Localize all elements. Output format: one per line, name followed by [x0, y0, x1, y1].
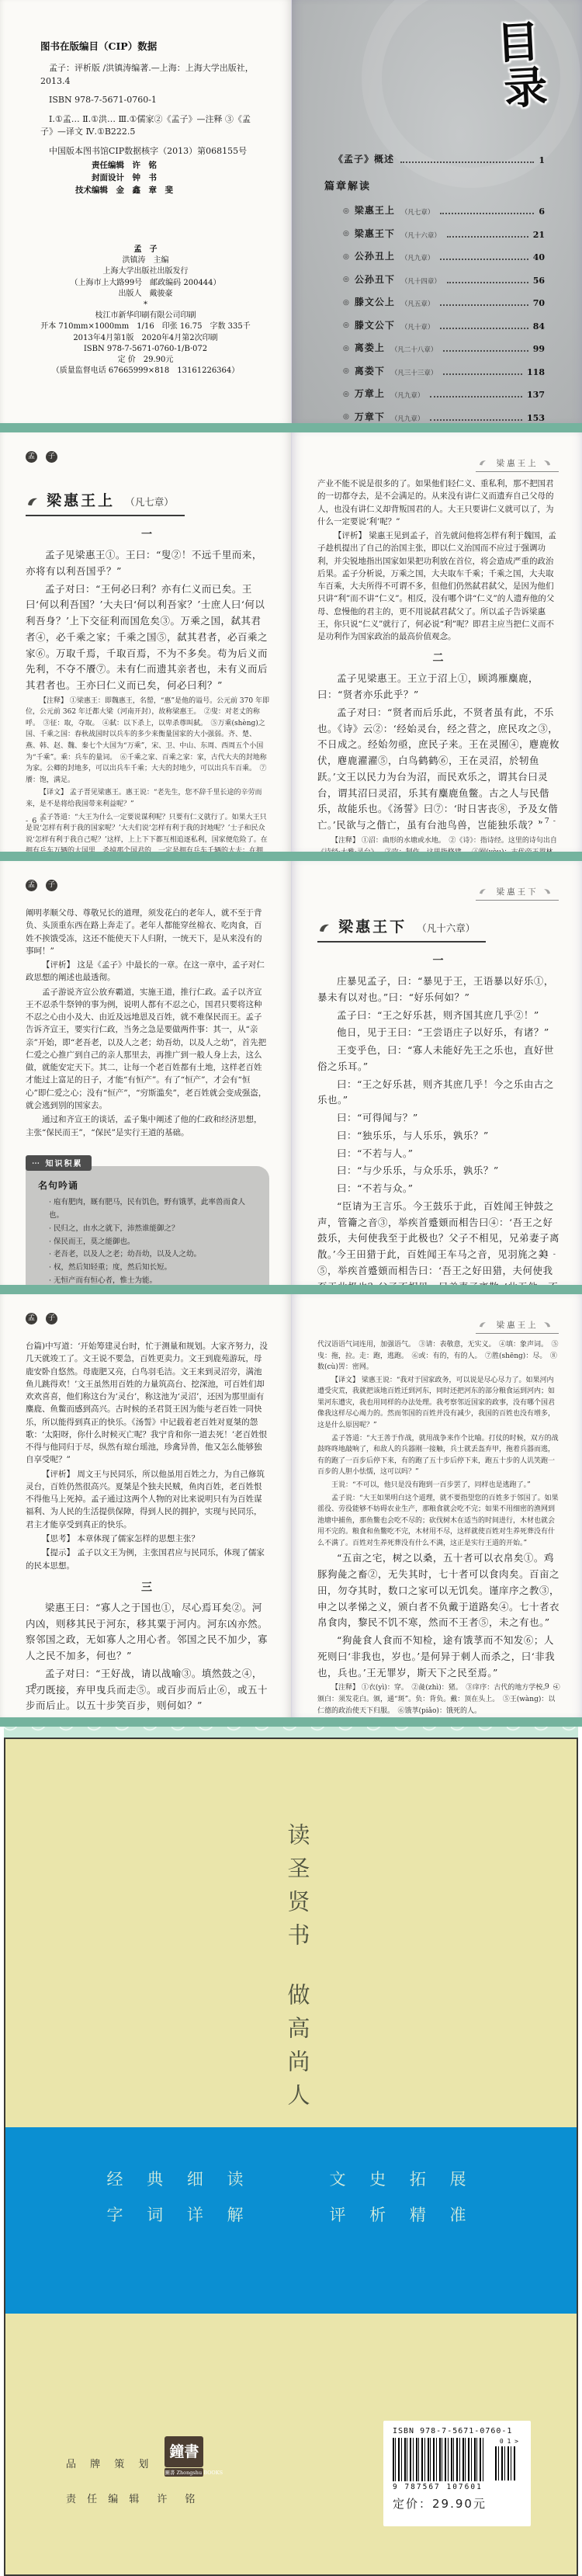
publisher-line: 出版人 戴骏豪 [0, 289, 291, 300]
toc-title-calligraphy: 目 录 [490, 19, 549, 113]
meng-circle-icon: 孟 [26, 880, 37, 891]
toc-page: 目 录 《孟子》概述 1 篇章解读 ◎ 梁惠王上 （凡七章） [291, 0, 582, 423]
chapter-title: 梁惠王下 （凡十六章） [317, 915, 486, 943]
toc-bullet-icon: ◎ [343, 252, 349, 262]
cip-line: 孟子：评析版 /洪镇涛编著.—上海：上海大学出版社，2013.4 [40, 62, 262, 88]
spread-copyright-toc: 图书在版编目（CIP）数据 孟子：评析版 /洪镇涛编著.—上海：上海大学出版社，… [0, 0, 582, 423]
brand-label: 品 牌 策 划 [66, 2456, 154, 2470]
text-block: 王说：“不可以，他只是没有跑到一百步罢了，同样也是逃跑了。” [317, 1480, 560, 1491]
page-number: - 8 - [26, 1682, 44, 1691]
zi-circle-icon: 子 [46, 880, 57, 891]
barcode-bars-row: 0 1 > [393, 2438, 523, 2481]
toc-item-label: 公孙丑上 [355, 249, 395, 262]
text-block: 曰：“不若与人。” [317, 1146, 560, 1162]
chapter-subtitle: （凡十六章） [417, 922, 475, 934]
toc-title-char: 目 [490, 19, 546, 67]
leaf-ornament-icon [319, 921, 330, 936]
spread-pages-6-7: 孟 子 梁惠王上 （凡七章） 一孟子见梁惠王①。王曰：“叟②！不远千里而来，亦将… [0, 432, 582, 852]
text-block: 一 [26, 526, 269, 542]
barcode-addon: 0 1 > [495, 2438, 518, 2481]
page-20-content: 阐明孝顺父母、尊敬兄长的道理，须发花白的老年人，就不至于背负、头顶重东西在路上奔… [26, 907, 269, 1139]
toc-bullet-icon: ◎ [343, 389, 349, 400]
cip-block: 图书在版编目（CIP）数据 孟子：评析版 /洪镇涛编著.—上海：上海大学出版社，… [40, 39, 262, 164]
text-block: 通过和齐宣王的谈话，孟子集中阐述了他的仁政和经济思想，主张“保民而王”，“保民”… [26, 1113, 269, 1139]
staff-line: 责任编辑 许 铭 [0, 160, 248, 172]
toc-overview-label: 《孟子》概述 [334, 152, 394, 165]
page-6-content: 一孟子见梁惠王①。王曰：“叟②！不远千里而来，亦将有以利吾国乎？”孟子对曰：“王… [26, 526, 269, 852]
text-block: 曰：“不若与众。” [317, 1181, 560, 1197]
text-block: 孟子游说齐宣公放弃霸道，实施王道，推行仁政。孟子以齐宣王不忍杀牛祭钟的事为例，说… [26, 986, 269, 1113]
text-block: 三 [26, 1579, 269, 1595]
barcode-icon [393, 2438, 484, 2481]
text-block: 一 [317, 953, 560, 968]
toc-item-count: （凡九章） [391, 391, 424, 400]
toc-item-label: 离娄下 [355, 364, 385, 377]
knowledge-box-tab: ⋯ 知识积累 [26, 1155, 92, 1171]
copyright-page: 图书在版编目（CIP）数据 孟子：评析版 /洪镇涛编著.—上海：上海大学出版社，… [0, 0, 291, 423]
toc-item-page: 137 [527, 390, 545, 400]
slogan-bottom: 做高尚人 [285, 1983, 311, 2116]
quote-line: · 老吾老，以及人之老；幼吾幼，以及人之幼。 [38, 1248, 258, 1262]
zi-circle-icon: 子 [46, 451, 57, 463]
barcode-addon-icon [495, 2446, 515, 2481]
text-block: 阐明孝顺父母、尊敬兄长的道理，须发花白的老年人，就不至于背负、头顶重东西在路上奔… [26, 907, 269, 957]
mengzi-logo-icons: 孟 子 [26, 1313, 269, 1324]
toc-row: ◎ 滕文公上 （凡五章） 70 [343, 295, 545, 308]
text-block: 孟子对曰：“王好战，请以战喻③。填然鼓之④，兵刃既接，弃甲曳兵而走⑤。或百步而后… [26, 1666, 269, 1714]
text-block: 王变乎色，曰：“寡人未能好先王之乐也，直好世俗之乐耳。” [317, 1043, 560, 1075]
publisher-line: 枝江市新华印刷有限公司印刷 [0, 311, 291, 321]
text-block: 孟子曰：“王之好乐甚，则齐国其庶几乎②！” [317, 1008, 560, 1024]
text-block: 孟子对曰：“贤者而后乐此，不贤者虽有此，不乐也。《诗》云②：‘经始灵台，经之营之… [317, 705, 560, 834]
text-block: 【注释】 ①沼：曲形的水塘或水地。 ②《诗》：指诗经。这里的诗句出自《诗经·大雅… [317, 835, 560, 852]
toc-row: ◎ 梁惠王上 （凡七章） 6 [343, 203, 545, 217]
barcode-isbn-text: ISBN 978-7-5671-0760-1 [393, 2427, 523, 2435]
toc-item-label: 离娄上 [355, 341, 385, 354]
text-block: 他日，见于王曰：“王尝语庄子以好乐，有诸？” [317, 1025, 560, 1041]
toc-leader [447, 281, 528, 283]
toc-bullet-icon: ◎ [343, 274, 349, 285]
page-6: 孟 子 梁惠王上 （凡七章） 一孟子见梁惠王①。王曰：“叟②！不远千里而来，亦将… [0, 432, 291, 852]
brand-row: 品 牌 策 划 鐘書 圖書 Zhongshu BOOKS [66, 2436, 203, 2477]
publisher-line: （上海市上大路99号 邮政编码 200444） [0, 278, 291, 289]
toc-row: ◎ 万章下 （凡九章） 153 [343, 410, 545, 423]
toc-row: ◎ 梁惠王下 （凡十六章） 21 [343, 227, 545, 240]
text-block: 曰：“王之好乐甚，则齐其庶几乎！今之乐由古之乐也。” [317, 1077, 560, 1109]
toc-item-page: 153 [527, 413, 545, 423]
text-block: 【评析】 周文王与民同乐，所以他虽用百姓之力，为自己修筑灵台，百姓仍然很高兴。夏… [26, 1468, 269, 1531]
text-block: “狗彘食人食而不知检，途有饿莩而不知发⑥；人死则曰‘非我也，岁也。’是何异于刺人… [317, 1633, 560, 1681]
toc-item-count: （凡九章） [391, 414, 424, 423]
quote-line: · 无恒产而有恒心者，惟士为能。 [38, 1275, 258, 1285]
toc-leader [443, 349, 528, 352]
text-block: 代汉语语气词连用，加强语气。 ③请：表敬意，无实义。 ④填：象声词。 ⑤曳：拖，… [317, 1339, 560, 1373]
toc-item-page: 56 [533, 276, 545, 286]
toc-bullet-icon: ◎ [343, 228, 349, 239]
toc-bullet-icon: ◎ [343, 366, 349, 377]
toc-item-page: 99 [533, 344, 545, 354]
text-block: 孟子说：“大王如果明白这个道理，就不要指望您的百姓多于邻国了。如果徭役、劳役能够… [317, 1493, 560, 1550]
page-8-content: 台篇)中写道：‘开始筹建灵台时，忙于测量和规划。大家齐努力，没几天就竣工了。文王… [26, 1340, 269, 1717]
toc-item-label: 滕文公下 [355, 318, 395, 332]
toc-list: ◎ 梁惠王上 （凡七章） 6 ◎ 梁惠王下 （凡十六章） 21 [334, 203, 545, 423]
zhongshu-logo: 鐘書 圖書 Zhongshu BOOKS [165, 2436, 203, 2477]
mengzi-logo-icons: 孟 子 [26, 880, 269, 891]
book-detail-image: 图书在版编目（CIP）数据 孟子：评析版 /洪镇涛编著.—上海：上海大学出版社，… [0, 0, 582, 2576]
text-block: “五亩之宅，树之以桑，五十者可以衣帛矣①。鸡豚狗彘之畜②，无失其时，七十者可以食… [317, 1550, 560, 1631]
toc-leader [440, 304, 528, 306]
text-block: 曰：“可得闻与？” [317, 1110, 560, 1127]
text-block: 【注释】 ①衣(yì)：穿。 ②彘(zhì)：猪。 ③庠序：古代的地方学校。 ④… [317, 1682, 560, 1717]
publisher-line: 开本 710mm×1000mm 1/16 印张 16.75 字数 335千 [0, 321, 291, 332]
toc-overview-page: 1 [539, 155, 545, 165]
toc-title-char: 录 [503, 64, 549, 113]
spread-pages-20-21: 孟 子 阐明孝顺父母、尊敬兄长的道理，须发花白的老年人，就不至于背负、头顶重东西… [0, 861, 582, 1285]
spread-pages-8-9: 孟 子 台篇)中写道：‘开始筹建灵台时，忙于测量和规划。大家齐努力，没几天就竣工… [0, 1294, 582, 1717]
page-21-content: 一庄暴见孟子，曰：“暴见于王，王语暴以好乐①，暴未有以对也。”曰：“好乐何如？”… [317, 953, 560, 1285]
text-block: 产业不能不说是很多的了。如果他们轻仁义、重私利，那不把国君的一切都夺去，是不会满… [317, 477, 560, 528]
toc-bullet-icon: ◎ [343, 206, 349, 217]
text-block: 庄暴见孟子，曰：“暴见于王，王语暴以好乐①，暴未有以对也。”曰：“好乐何如？” [317, 974, 560, 1006]
toc-item-count: （凡七章） [401, 207, 435, 217]
toc-item-label: 梁惠王上 [355, 203, 395, 217]
toc-item-label: 梁惠王下 [355, 227, 395, 240]
page-7: 梁惠王上 产业不能不说是很多的了。如果他们轻仁义、重私利，那不把国君的一切都夺去… [291, 432, 582, 852]
text-block: 孟子见梁惠王①。王曰：“叟②！不远千里而来，亦将有以利吾国乎？” [26, 547, 269, 580]
toc-item-label: 万章上 [355, 387, 385, 400]
zi-circle-icon: 子 [46, 1313, 57, 1324]
toc-item-page: 21 [533, 230, 545, 240]
toc-bullet-icon: ◎ [343, 320, 349, 331]
meng-circle-icon: 孟 [26, 451, 37, 463]
text-block: 【译文】 孟子晋见梁惠王。惠王说：“老先生，您不辞千里长途的辛劳而来，是不是将给… [26, 787, 269, 810]
toc-item-page: 40 [533, 252, 545, 262]
knowledge-heading: 名句吟诵 [38, 1179, 258, 1192]
toc-leader [430, 395, 522, 398]
toc-row: ◎ 离娄上 （凡二十八章） 99 [343, 341, 545, 354]
toc-body: 《孟子》概述 1 篇章解读 ◎ 梁惠王上 （凡七章） 6 ◎ [334, 152, 545, 423]
toc-leader [400, 161, 534, 163]
toc-item-page: 118 [527, 367, 545, 377]
text-block: 台篇)中写道：‘开始筹建灵台时，忙于测量和规划。大家齐努力，没几天就竣工了。文王… [26, 1340, 269, 1467]
text-block: 【译文】 梁惠王说：“我对于国家政务，可以说是尽心尽力了。如果河内遭受灾荒，我就… [317, 1375, 560, 1432]
page-number: - 21 - [532, 1250, 556, 1258]
toc-item-page: 70 [533, 298, 545, 308]
page-8: 孟 子 台篇)中写道：‘开始筹建灵台时，忙于测量和规划。大家齐努力，没几天就竣工… [0, 1294, 291, 1717]
barcode-box: ISBN 978-7-5671-0760-1 0 1 > 9 787567 10… [383, 2421, 531, 2526]
toc-item-page: 84 [533, 321, 545, 332]
toc-leader [430, 418, 522, 421]
toc-row: ◎ 离娄下 （凡三十三章） 118 [343, 364, 545, 377]
text-block: 曰：“独乐乐，与人乐乐，孰乐？” [317, 1128, 560, 1144]
toc-row: ◎ 公孙丑下 （凡十四章） 56 [343, 273, 545, 286]
publisher-line: ISBN 978-7-5671-0760-1/B·072 [0, 344, 291, 355]
cip-line: ISBN 978-7-5671-0760-1 [40, 94, 262, 107]
page-7-content: 产业不能不说是很多的了。如果他们轻仁义、重私利，那不把国君的一切都夺去，是不会满… [317, 477, 560, 852]
quote-line: · 保民而王，莫之能御也。 [38, 1236, 258, 1249]
text-block: 【注释】 ①梁惠王：即魏惠王，名罃，“惠”是他的谥号。公元前 370 年即位，公… [26, 696, 269, 786]
text-block: 孟子答道：“大王善于作战，就用战争来作个比喻。打仗的时候，双方的战鼓咚咚地敲响了… [317, 1433, 560, 1478]
toc-item-label: 滕文公上 [355, 295, 395, 308]
toc-item-count: （凡十四章） [401, 276, 441, 286]
section-divider [0, 1285, 582, 1294]
back-cover-slogan-panel: 读圣贤书做高尚人 [5, 1739, 577, 2127]
publisher-line: 上海大学出版社出版发行 [0, 266, 291, 277]
knowledge-box-body: 名句吟诵 · 庖有肥肉，厩有肥马，民有饥色，野有饿莩，此率兽而食人也。· 民归之… [26, 1166, 269, 1285]
publisher-block: 孟 子洪镇涛 主编上海大学出版社出版发行（上海市上大路99号 邮政编码 2004… [0, 245, 291, 377]
page-number: - 7 - [538, 817, 556, 825]
text-block: 曰：“与少乐乐，与众乐乐，孰乐？” [317, 1163, 560, 1179]
barcode-addon-digits: 0 1 > [495, 2438, 518, 2445]
editor-credit: 责 任 编 辑 许 铭 [66, 2491, 199, 2505]
publisher-line: 定 价 29.90元 [0, 355, 291, 366]
text-block: 【思考】 本章体现了儒家怎样的思想主张？ [26, 1533, 269, 1545]
toc-item-count: （凡五章） [401, 299, 435, 308]
zhongshu-logo-caption: 圖書 Zhongshu BOOKS [165, 2468, 203, 2477]
text-block: 孟子答道：“大王为什么一定要说谋利呢？只要有仁义就行了。如果大王只是说‘怎样有利… [26, 812, 269, 852]
toc-item-count: （凡十章） [401, 322, 435, 332]
chapter-title-text: 梁惠王下 [338, 918, 407, 936]
toc-leader [440, 212, 534, 214]
publisher-line: 孟 子 [0, 245, 291, 255]
leaf-ornament-icon [27, 495, 38, 509]
publisher-line: （质量监督电话 67665999×818 13161226364） [0, 366, 291, 377]
toc-overview-row: 《孟子》概述 1 [334, 152, 545, 165]
toc-item-count: （凡九章） [401, 253, 435, 262]
section-divider [0, 1717, 582, 1727]
section-divider [0, 423, 582, 432]
text-block: 【评析】 梁惠王见到孟子，首先就问他将怎样有利于魏国，孟子趁机提出了自己的治国主… [317, 529, 560, 643]
price-text: 定价：29.90元 [393, 2495, 523, 2512]
zhongshu-logo-seal: 鐘書 [165, 2436, 203, 2467]
text-block: 【提示】 孟子以文王为例，主张国君应与民同乐，体现了儒家的民本思想。 [26, 1547, 269, 1572]
text-block: 孟子见梁惠王。王立于沼上①，顾鸿雁麋鹿，曰：“贤者亦乐此乎？” [317, 671, 560, 703]
toc-item-page: 6 [539, 207, 545, 217]
back-cover-feature-panel: 经 典 细 读 文 史 拓 展 字 词 详 解 评 析 精 准 [5, 2127, 577, 2314]
staff-line: 封面设计 钟 书 [0, 172, 248, 185]
knowledge-box: ⋯ 知识积累 名句吟诵 · 庖有肥肉，厩有肥马，民有饥色，野有饿莩，此率兽而食人… [26, 1150, 269, 1285]
meng-circle-icon: 孟 [26, 1313, 37, 1324]
publisher-line: 洪镇涛 主编 [0, 255, 291, 266]
cip-lines: 孟子：评析版 /洪镇涛编著.—上海：上海大学出版社，2013.4ISBN 978… [40, 62, 262, 158]
back-cover-bottom-panel: 品 牌 策 划 鐘書 圖書 Zhongshu BOOKS 责 任 编 辑 许 铭… [5, 2314, 577, 2574]
text-block: 【评析】 这是《孟子》中最长的一章。在这一章中，孟子对仁政思想的阐述也最透彻。 [26, 959, 269, 984]
publisher-line: 2013年4月第1版 2020年4月第2次印刷 [0, 333, 291, 344]
toc-item-label: 公孙丑下 [355, 273, 395, 286]
staff-line: 技术编辑 金 鑫 章 斐 [0, 185, 248, 197]
quote-line: · 庖有肥肉，厩有肥马，民有饥色，野有饿莩，此率兽而食人也。 [38, 1196, 258, 1223]
page-9-content: 代汉语语气词连用，加强语气。 ③请：表敬意，无实义。 ④填：象声词。 ⑤曳：拖，… [317, 1339, 560, 1717]
toc-item-count: （凡十六章） [401, 231, 441, 240]
decorative-wave-strip [4, 1727, 578, 1738]
slogan-block: 读圣贤书做高尚人 [5, 1823, 577, 2116]
text-block: 二 [317, 650, 560, 665]
page-20: 孟 子 阐明孝顺父母、尊敬兄长的道理，须发花白的老年人，就不至于背负、头顶重东西… [0, 861, 291, 1285]
toc-row: ◎ 公孙丑上 （凡九章） 40 [343, 249, 545, 262]
toc-item-label: 万章下 [355, 410, 385, 423]
text-block: 孟子对曰：“王何必曰利？亦有仁义而已矣。王曰‘何以利吾国？’大夫曰‘何以利吾家？… [26, 582, 269, 694]
toc-bullet-icon: ◎ [343, 411, 349, 422]
toc-bullet-icon: ◎ [343, 297, 349, 308]
toc-row: ◎ 滕文公下 （凡十章） 84 [343, 318, 545, 332]
mengzi-logo-icons: 孟 子 [26, 451, 269, 463]
cip-line: Ⅰ.①孟… Ⅱ.①洪… Ⅲ.①儒家②《孟子》—注释 ③《孟子》—译文 Ⅳ.①B2… [40, 113, 262, 139]
slogan-vertical-text: 读圣贤书做高尚人 [282, 1823, 314, 2116]
text-block: “臣请为王言乐。今王鼓乐于此，百姓闻王钟鼓之声，管籥之音③，举疾首蹙頞而相告曰④… [317, 1199, 560, 1285]
famous-quotes-list: · 庖有肥肉，厩有肥马，民有饥色，野有饿莩，此率兽而食人也。· 民归之，由水之就… [38, 1196, 258, 1285]
feature-line-2: 字 词 详 解 评 析 精 准 [106, 2197, 475, 2233]
toc-leader [447, 235, 528, 238]
quote-line: · 民归之，由水之就下，沛然谁能御之？ [38, 1223, 258, 1236]
section-divider [0, 852, 582, 861]
toc-row: ◎ 万章上 （凡九章） 137 [343, 387, 545, 400]
chapter-title-text: 梁惠王上 [47, 492, 115, 509]
page-number: - 9 - [538, 1682, 556, 1691]
text-block: 曰：“不可，直不百步耳，是亦走也。” [26, 1716, 269, 1717]
chapter-subtitle: （凡七章） [125, 496, 174, 508]
text-block: 梁惠王曰：“寡人之于国也①，尽心焉耳矣②。河内凶，则移其民于河东，移其粟于河内。… [26, 1600, 269, 1665]
toc-bullet-icon: ◎ [343, 343, 349, 354]
staff-block: 责任编辑 许 铭封面设计 钟 书技术编辑 金 鑫 章 斐 [0, 160, 248, 196]
feature-line-1: 经 典 细 读 文 史 拓 展 [106, 2161, 475, 2197]
toc-leader [443, 373, 522, 375]
cip-line: 中国版本图书馆CIP数据核字（2013）第068155号 [40, 145, 262, 158]
page-number: - 6 - [26, 817, 44, 825]
chapter-title: 梁惠王上 （凡七章） [26, 489, 185, 516]
quote-line: · 权，然后知轻重；度，然后知长短。 [38, 1262, 258, 1275]
page-21: 梁惠王下 梁惠王下 （凡十六章） 一庄暴见孟子，曰：“暴见于王，王语暴以好乐①，… [291, 861, 582, 1285]
barcode-digits: 9 787567 107601 [393, 2483, 523, 2491]
publisher-line: * [0, 300, 291, 311]
toc-leader [440, 327, 528, 329]
toc-section-label: 篇章解读 [324, 178, 545, 193]
toc-item-count: （凡三十三章） [391, 368, 438, 377]
cip-title: 图书在版编目（CIP）数据 [40, 39, 262, 53]
slogan-top: 读圣贤书 [285, 1823, 311, 1956]
toc-leader [440, 258, 528, 260]
back-cover: 读圣贤书做高尚人 经 典 细 读 文 史 拓 展 字 词 详 解 评 析 精 准… [4, 1738, 578, 2576]
toc-item-count: （凡二十八章） [391, 345, 438, 354]
page-9: 梁惠王上 代汉语语气词连用，加强语气。 ③请：表敬意，无实义。 ④填：象声词。 … [291, 1294, 582, 1717]
